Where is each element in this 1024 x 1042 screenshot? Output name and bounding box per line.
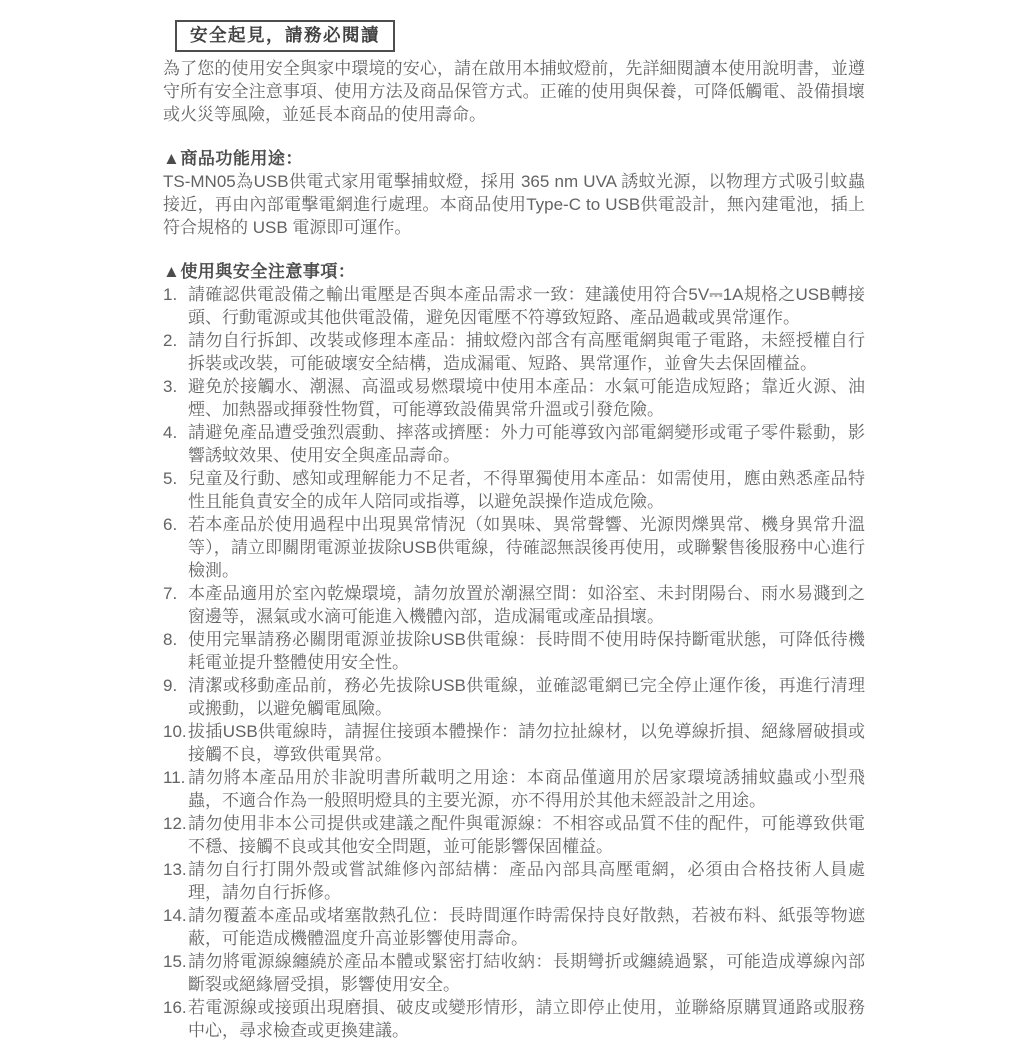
features-heading: ▲商品功能用途： <box>163 147 865 170</box>
safety-title-box: 安全起見，請務必閱讀 <box>175 20 395 52</box>
item-number: 5. <box>163 467 188 490</box>
item-number: 9. <box>163 674 188 697</box>
item-text: 清潔或移動產品前，務必先拔除USB供電線，並確認電網已完全停止運作後，再進行清理… <box>188 674 865 720</box>
safety-item-5: 5. 兒童及行動、感知或理解能力不足者，不得單獨使用本產品：如需使用，應由熟悉產… <box>163 467 865 513</box>
item-text: 請勿使用非本公司提供或建議之配件與電源線：不相容或品質不佳的配件，可能導致供電不… <box>188 812 865 858</box>
safety-item-6: 6. 若本產品於使用過程中出現異常情況（如異味、異常聲響、光源閃爍異常、機身異常… <box>163 513 865 582</box>
item-number: 12. <box>163 812 188 835</box>
safety-notes-list: 1. 請確認供電設備之輸出電壓是否與本產品需求一致：建議使用符合5V⎓1A規格之… <box>163 283 865 1024</box>
item-number: 7. <box>163 582 188 605</box>
item-number: 1. <box>163 283 188 306</box>
item-number: 4. <box>163 421 188 444</box>
item-number: 3. <box>163 375 188 398</box>
safety-item-8: 8. 使用完畢請務必關閉電源並拔除USB供電線：長時間不使用時保持斷電狀態，可降… <box>163 628 865 674</box>
item-text: 本產品適用於室內乾燥環境，請勿放置於潮濕空間：如浴室、未封閉陽台、雨水易濺到之窗… <box>188 582 865 628</box>
safety-item-3: 3. 避免於接觸水、潮濕、高溫或易燃環境中使用本產品：水氣可能造成短路；靠近火源… <box>163 375 865 421</box>
item-text: 請勿自行打開外殼或嘗試維修內部結構：產品內部具高壓電網，必須由合格技術人員處理，… <box>188 858 865 904</box>
item-number: 10. <box>163 720 188 743</box>
item-text: 請勿自行拆卸、改裝或修理本產品：捕蚊燈內部含有高壓電網與電子電路，未經授權自行拆… <box>188 329 865 375</box>
safety-notes-heading: ▲使用與安全注意事項： <box>163 260 865 283</box>
safety-item-1: 1. 請確認供電設備之輸出電壓是否與本產品需求一致：建議使用符合5V⎓1A規格之… <box>163 283 865 329</box>
item-number: 16. <box>163 996 188 1019</box>
item-number: 13. <box>163 858 188 881</box>
safety-item-13: 13. 請勿自行打開外殼或嘗試維修內部結構：產品內部具高壓電網，必須由合格技術人… <box>163 858 865 904</box>
safety-item-7: 7. 本產品適用於室內乾燥環境，請勿放置於潮濕空間：如浴室、未封閉陽台、雨水易濺… <box>163 582 865 628</box>
safety-item-11: 11. 請勿將本產品用於非說明書所載明之用途：本商品僅適用於居家環境誘捕蚊蟲或小… <box>163 766 865 812</box>
item-text: 兒童及行動、感知或理解能力不足者，不得單獨使用本產品：如需使用，應由熟悉產品特性… <box>188 467 865 513</box>
safety-item-4: 4. 請避免產品遭受強烈震動、摔落或擠壓：外力可能導致內部電網變形或電子零件鬆動… <box>163 421 865 467</box>
item-text: 請確認供電設備之輸出電壓是否與本產品需求一致：建議使用符合5V⎓1A規格之USB… <box>188 283 865 329</box>
item-text: 若本產品於使用過程中出現異常情況（如異味、異常聲響、光源閃爍異常、機身異常升溫等… <box>188 513 865 582</box>
safety-title-text: 安全起見，請務必閱讀 <box>190 25 380 45</box>
safety-manual-page: 安全起見，請務必閱讀 為了您的使用安全與家中環境的安心，請在啟用本捕蚊燈前，先詳… <box>163 20 865 1024</box>
safety-item-12: 12. 請勿使用非本公司提供或建議之配件與電源線：不相容或品質不佳的配件，可能導… <box>163 812 865 858</box>
safety-item-15: 15. 請勿將電源線纏繞於產品本體或緊密打結收納：長期彎折或纏繞過緊，可能造成導… <box>163 950 865 996</box>
item-text: 避免於接觸水、潮濕、高溫或易燃環境中使用本產品：水氣可能造成短路；靠近火源、油煙… <box>188 375 865 421</box>
item-number: 8. <box>163 628 188 651</box>
item-text: 使用完畢請務必關閉電源並拔除USB供電線：長時間不使用時保持斷電狀態，可降低待機… <box>188 628 865 674</box>
item-number: 11. <box>163 766 188 789</box>
item-text: 請勿將電源線纏繞於產品本體或緊密打結收納：長期彎折或纏繞過緊，可能造成導線內部斷… <box>188 950 865 996</box>
item-number: 6. <box>163 513 188 536</box>
safety-item-14: 14. 請勿覆蓋本產品或堵塞散熱孔位：長時間運作時需保持良好散熱，若被布料、紙張… <box>163 904 865 950</box>
safety-item-16: 16. 若電源線或接頭出現磨損、破皮或變形情形，請立即停止使用，並聯絡原購買通路… <box>163 996 865 1024</box>
safety-item-10: 10. 拔插USB供電線時，請握住接頭本體操作：請勿拉扯線材，以免導線折損、絕緣… <box>163 720 865 766</box>
features-body: TS-MN05為USB供電式家用電擊捕蚊燈，採用 365 nm UVA 誘蚊光源… <box>163 170 865 239</box>
safety-item-2: 2. 請勿自行拆卸、改裝或修理本產品：捕蚊燈內部含有高壓電網與電子電路，未經授權… <box>163 329 865 375</box>
intro-paragraph: 為了您的使用安全與家中環境的安心，請在啟用本捕蚊燈前，先詳細閱讀本使用說明書，並… <box>163 57 865 126</box>
item-number: 14. <box>163 904 188 927</box>
item-text: 請避免產品遭受強烈震動、摔落或擠壓：外力可能導致內部電網變形或電子零件鬆動，影響… <box>188 421 865 467</box>
item-number: 2. <box>163 329 188 352</box>
item-text: 拔插USB供電線時，請握住接頭本體操作：請勿拉扯線材，以免導線折損、絕緣層破損或… <box>188 720 865 766</box>
item-number: 15. <box>163 950 188 973</box>
safety-item-9: 9. 清潔或移動產品前，務必先拔除USB供電線，並確認電網已完全停止運作後，再進… <box>163 674 865 720</box>
item-text: 若電源線或接頭出現磨損、破皮或變形情形，請立即停止使用，並聯絡原購買通路或服務中… <box>188 996 865 1024</box>
item-text: 請勿覆蓋本產品或堵塞散熱孔位：長時間運作時需保持良好散熱，若被布料、紙張等物遮蔽… <box>188 904 865 950</box>
item-text: 請勿將本產品用於非說明書所載明之用途：本商品僅適用於居家環境誘捕蚊蟲或小型飛蟲，… <box>188 766 865 812</box>
